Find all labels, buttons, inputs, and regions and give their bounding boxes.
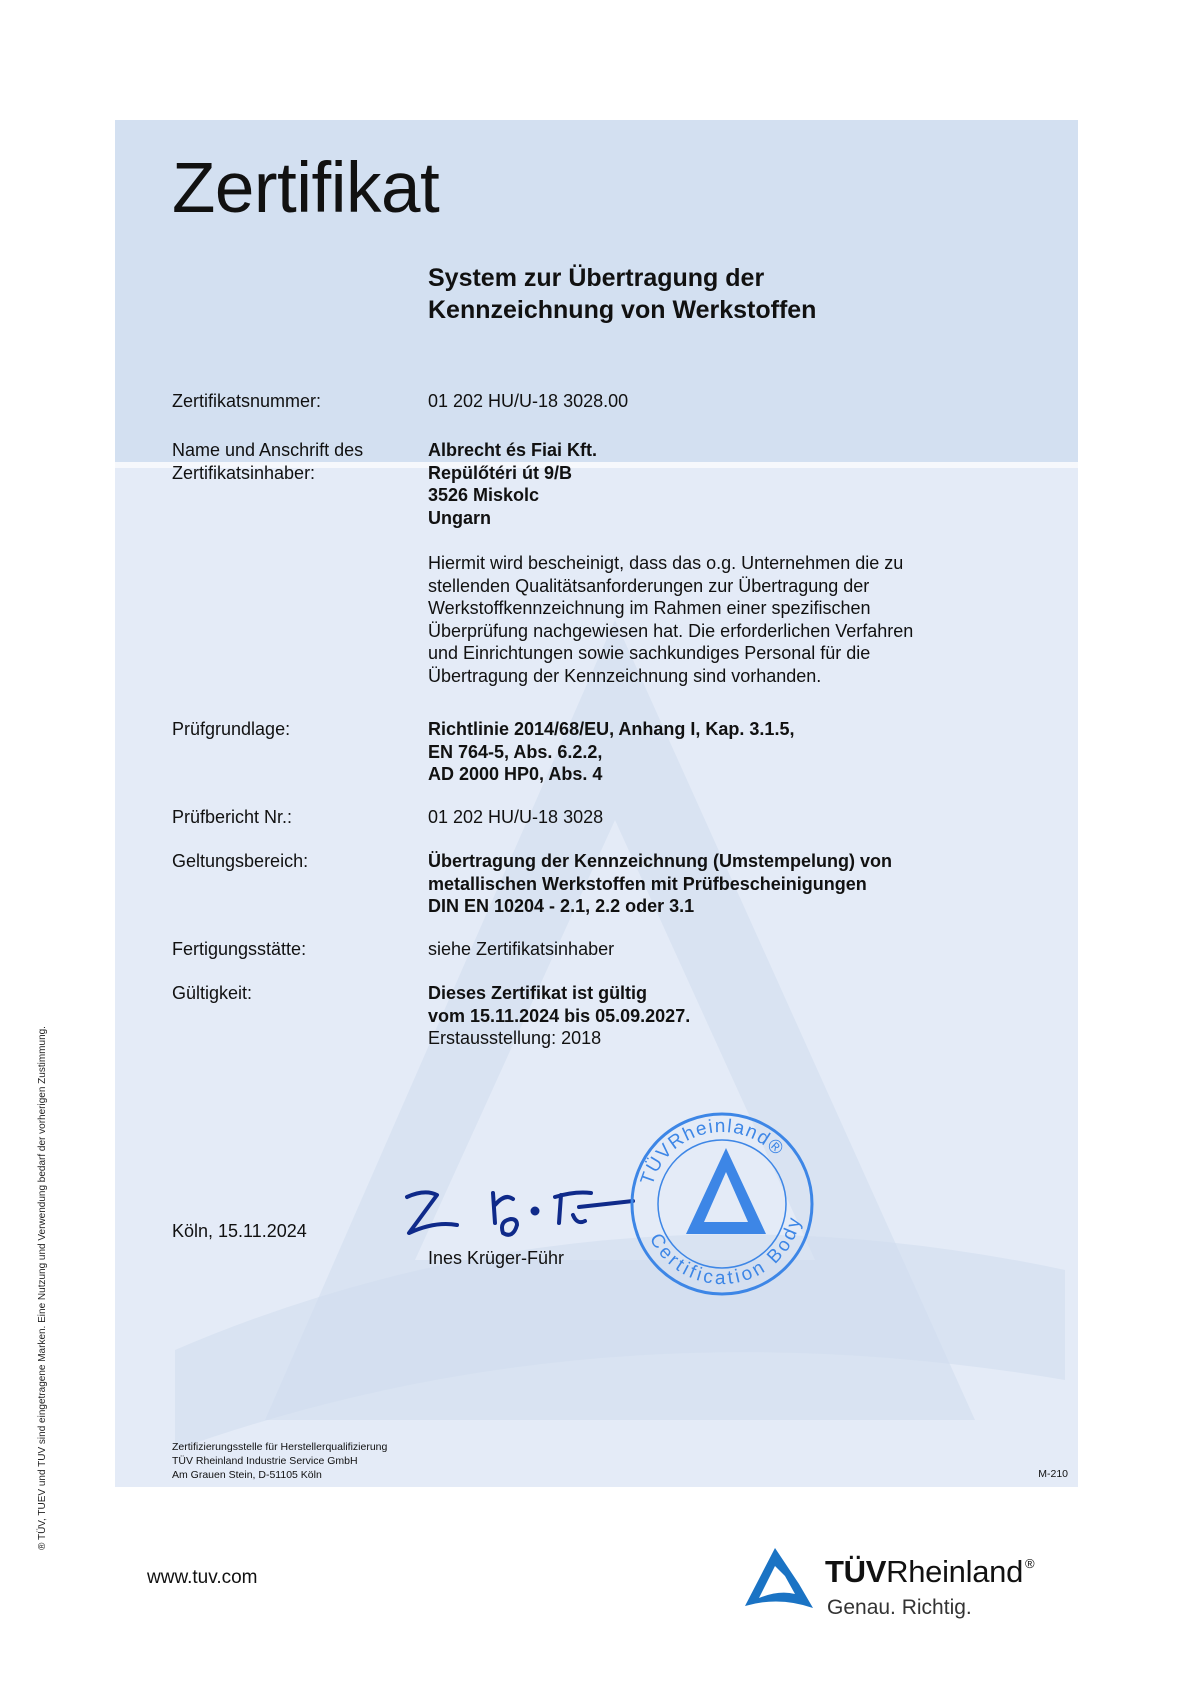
website-link[interactable]: www.tuv.com [147,1567,258,1589]
issuer-line: Am Grauen Stein, D-51105 Köln [172,1468,387,1482]
subtitle-line: System zur Übertragung der [428,262,816,294]
test-basis-value: Richtlinie 2014/68/EU, Anhang I, Kap. 3.… [428,718,794,786]
first-issue: Erstausstellung: 2018 [428,1027,690,1050]
test-basis-line: AD 2000 HP0, Abs. 4 [428,763,794,786]
trademark-notice: ® TÜV, TUEV und TUV sind eingetragene Ma… [37,1026,48,1550]
test-basis-line: Richtlinie 2014/68/EU, Anhang I, Kap. 3.… [428,718,794,741]
statement-line: Überprüfung nachgewiesen hat. Die erford… [428,620,913,643]
scope-label: Geltungsbereich: [172,850,308,873]
issuer-line: Zertifizierungsstelle für Herstellerqual… [172,1440,387,1454]
scope-line: metallischen Werkstoffen mit Prüfbeschei… [428,873,892,896]
holder-label-line: Name und Anschrift des [172,439,363,462]
statement-line: stellenden Qualitätsanforderungen zur Üb… [428,575,913,598]
test-basis-line: EN 764-5, Abs. 6.2.2, [428,741,794,764]
issuer-line: TÜV Rheinland Industrie Service GmbH [172,1454,387,1468]
page-title: Zertifikat [172,148,439,229]
holder-country: Ungarn [428,507,597,530]
validity-dates: vom 15.11.2024 bis 05.09.2027. [428,1005,690,1028]
holder-name: Albrecht és Fiai Kft. [428,439,597,462]
scope-line: Übertragung der Kennzeichnung (Umstempel… [428,850,892,873]
holder-label: Name und Anschrift des Zertifikatsinhabe… [172,439,363,484]
scope-line: DIN EN 10204 - 2.1, 2.2 oder 3.1 [428,895,892,918]
logo-brand-bold: TÜV [825,1554,886,1589]
holder-street: Repülőtéri út 9/B [428,462,597,485]
certification-stamp: TÜVRheinland® Certification Body [628,1110,816,1298]
certificate-subtitle: System zur Übertragung der Kennzeichnung… [428,262,816,326]
certification-statement: Hiermit wird bescheinigt, dass das o.g. … [428,552,913,687]
issuer-block: Zertifizierungsstelle für Herstellerqual… [172,1440,387,1482]
validity-value: Dieses Zertifikat ist gültig vom 15.11.2… [428,982,690,1050]
holder-label-line: Zertifikatsinhaber: [172,462,363,485]
statement-line: Übertragung der Kennzeichnung sind vorha… [428,665,913,688]
logo-brand-regular: Rheinland [886,1554,1023,1589]
registered-mark: ® [1025,1556,1034,1571]
place-date: Köln, 15.11.2024 [172,1220,307,1243]
holder-address: Albrecht és Fiai Kft. Repülőtéri út 9/B … [428,439,597,529]
test-report-value: 01 202 HU/U-18 3028 [428,806,603,829]
logo-tagline: Genau. Richtig. [827,1596,972,1620]
form-code: M-210 [1038,1468,1068,1480]
validity-line: Dieses Zertifikat ist gültig [428,982,690,1005]
subtitle-line: Kennzeichnung von Werkstoffen [428,294,816,326]
certificate-number-value: 01 202 HU/U-18 3028.00 [428,390,628,413]
tuv-triangle-icon [745,1548,813,1612]
statement-line: Hiermit wird bescheinigt, dass das o.g. … [428,552,913,575]
tuv-rheinland-logo: TÜVRheinland® Genau. Richtig. [745,1540,1085,1640]
site-label: Fertigungsstätte: [172,938,306,961]
test-report-label: Prüfbericht Nr.: [172,806,292,829]
logo-wordmark: TÜVRheinland® [825,1554,1034,1590]
signatory-name: Ines Krüger-Führ [428,1247,564,1270]
statement-line: Werkstoffkennzeichnung im Rahmen einer s… [428,597,913,620]
certificate-number-label: Zertifikatsnummer: [172,390,321,413]
validity-label: Gültigkeit: [172,982,252,1005]
certificate-panel: Zertifikat System zur Übertragung der Ke… [115,120,1078,1487]
site-value: siehe Zertifikatsinhaber [428,938,614,961]
statement-line: und Einrichtungen sowie sachkundiges Per… [428,642,913,665]
scope-value: Übertragung der Kennzeichnung (Umstempel… [428,850,892,918]
test-basis-label: Prüfgrundlage: [172,718,290,741]
holder-city: 3526 Miskolc [428,484,597,507]
